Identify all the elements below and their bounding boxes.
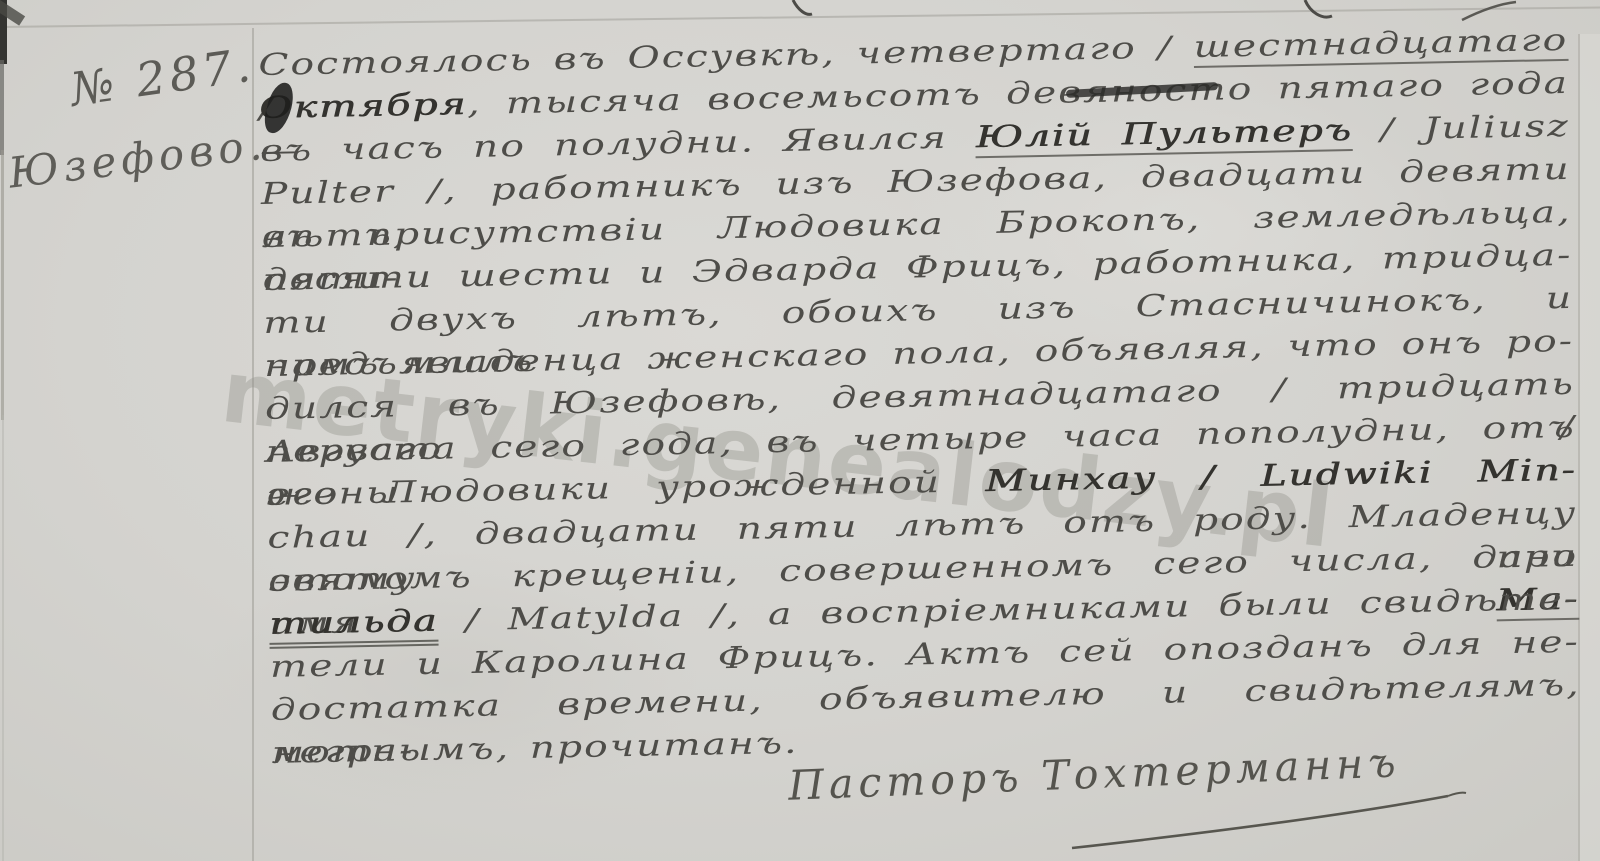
place-name: Юзефово. <box>6 119 269 197</box>
scan-edge-artifact <box>1 150 4 420</box>
scan-edge-artifact <box>0 60 4 155</box>
scanned-register-page: { "page": { "margin": { "record_number":… <box>0 0 1600 861</box>
text-segment: шестнадцатаго <box>1193 23 1568 68</box>
record-text: Состоялось въ Оссувкѣ, четвертаго / шест… <box>258 19 1582 775</box>
fold-band <box>1580 34 1600 861</box>
text-segment: Минхау / Ludwiki Min- <box>985 453 1577 499</box>
text-segment: тильда <box>269 604 439 649</box>
text-segment: мотнымъ, прочитанъ. <box>271 726 798 771</box>
record-number: № 287. <box>67 37 257 116</box>
scan-edge-artifact <box>2 415 4 861</box>
text-segment: / Juliusz <box>1352 109 1570 148</box>
text-segment: Юлій Пультеръ <box>975 113 1352 158</box>
